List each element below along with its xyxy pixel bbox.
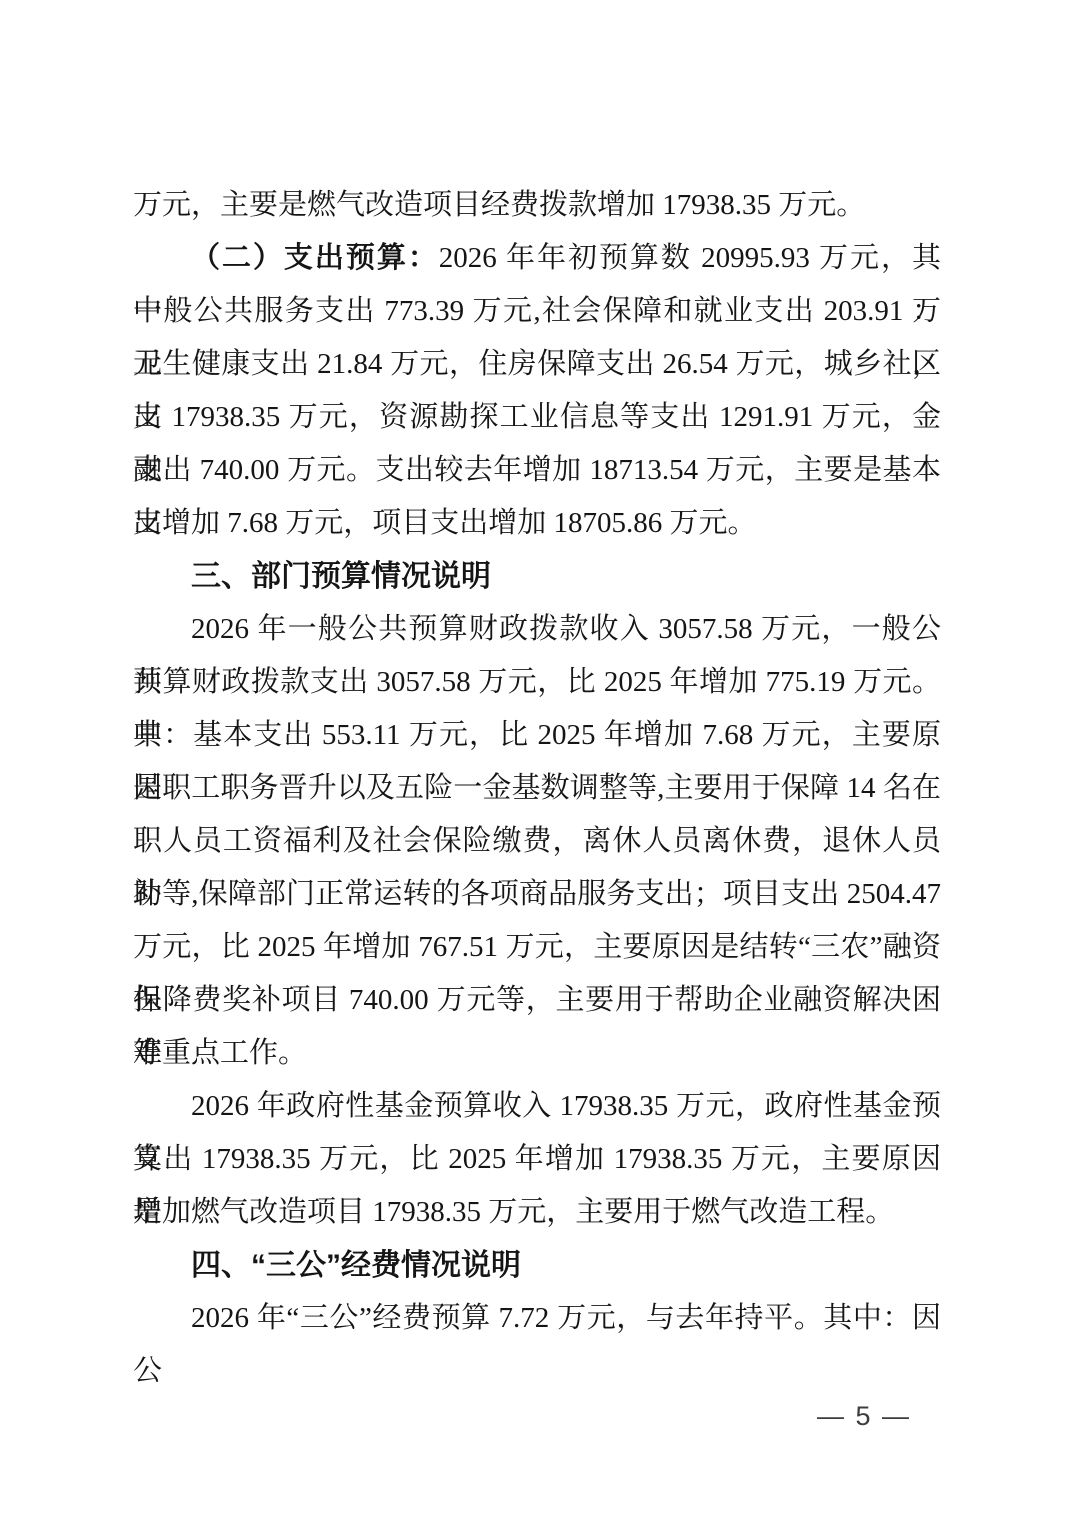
page-number: — 5 — — [817, 1396, 911, 1436]
paragraph-line: 出增加 7.68 万元，项目支出增加 18705.86 万元。 — [133, 497, 941, 550]
paragraph-line: 卫生健康支出 21.84 万元，住房保障支出 26.54 万元，城乡社区支 — [133, 338, 941, 391]
paragraph-carryover: 万元，主要是燃气改造项目经费拨款增加 17938.35 万元。 — [133, 179, 941, 232]
section-heading-department-budget: 三、部门预算情况说明 — [133, 550, 941, 603]
paragraph-general-public-budget: 2026 年一般公共预算财政拨款收入 3057.58 万元，一般公共 预算财政拨… — [133, 603, 941, 1080]
paragraph-three-public-expenses: 2026 年“三公”经费预算 7.72 万元，与去年持平。其中：因公 — [133, 1292, 941, 1345]
paragraph-line: 增加燃气改造项目 17938.35 万元，主要用于燃气改造工程。 — [133, 1186, 941, 1239]
paragraph-line: 等重点工作。 — [133, 1027, 941, 1080]
paragraph-line: 万元，比 2025 年增加 767.51 万元，主要原因是结转“三农”融资担 — [133, 921, 941, 974]
paragraph-line: 2026 年一般公共预算财政拨款收入 3057.58 万元，一般公共 — [133, 603, 941, 656]
paragraph-line: 支出 740.00 万元。支出较去年增加 18713.54 万元，主要是基本支 — [133, 444, 941, 497]
paragraph-lead: （二）支出预算： — [191, 242, 439, 274]
paragraph-government-fund-budget: 2026 年政府性基金预算收入 17938.35 万元，政府性基金预算 支出 1… — [133, 1080, 941, 1239]
paragraph-line: 一般公共服务支出 773.39 万元,社会保障和就业支出 203.91 万元， — [133, 285, 941, 338]
paragraph-line: 支出 17938.35 万元，比 2025 年增加 17938.35 万元，主要… — [133, 1133, 941, 1186]
paragraph-expenditure-budget: （二）支出预算：2026 年年初预算数 20995.93 万元，其中： 一般公共… — [133, 232, 941, 550]
paragraph-line: 中：基本支出 553.11 万元，比 2025 年增加 7.68 万元，主要原因 — [133, 709, 941, 762]
paragraph-line: 万元，主要是燃气改造项目经费拨款增加 17938.35 万元。 — [133, 179, 941, 232]
document-body: 万元，主要是燃气改造项目经费拨款增加 17938.35 万元。 （二）支出预算：… — [133, 179, 941, 1345]
section-heading-three-public-expenses: 四、“三公”经费情况说明 — [133, 1239, 941, 1292]
paragraph-line: 预算财政拨款支出 3057.58 万元，比 2025 年增加 775.19 万元… — [133, 656, 941, 709]
paragraph-line: （二）支出预算：2026 年年初预算数 20995.93 万元，其中： — [133, 232, 941, 285]
paragraph-line: 2026 年政府性基金预算收入 17938.35 万元，政府性基金预算 — [133, 1080, 941, 1133]
paragraph-line: 是职工职务晋升以及五险一金基数调整等,主要用于保障 14 名在 — [133, 762, 941, 815]
document-page: 万元，主要是燃气改造项目经费拨款增加 17938.35 万元。 （二）支出预算：… — [0, 0, 1074, 1520]
paragraph-line: 职人员工资福利及社会保险缴费，离休人员离休费，退休人员补 — [133, 815, 941, 868]
paragraph-line: 保降费奖补项目 740.00 万元等，主要用于帮助企业融资解决困难 — [133, 974, 941, 1027]
paragraph-line: 助等,保障部门正常运转的各项商品服务支出；项目支出 2504.47 — [133, 868, 941, 921]
paragraph-line: 出 17938.35 万元，资源勘探工业信息等支出 1291.91 万元，金融 — [133, 391, 941, 444]
paragraph-line: 2026 年“三公”经费预算 7.72 万元，与去年持平。其中：因公 — [133, 1292, 941, 1345]
